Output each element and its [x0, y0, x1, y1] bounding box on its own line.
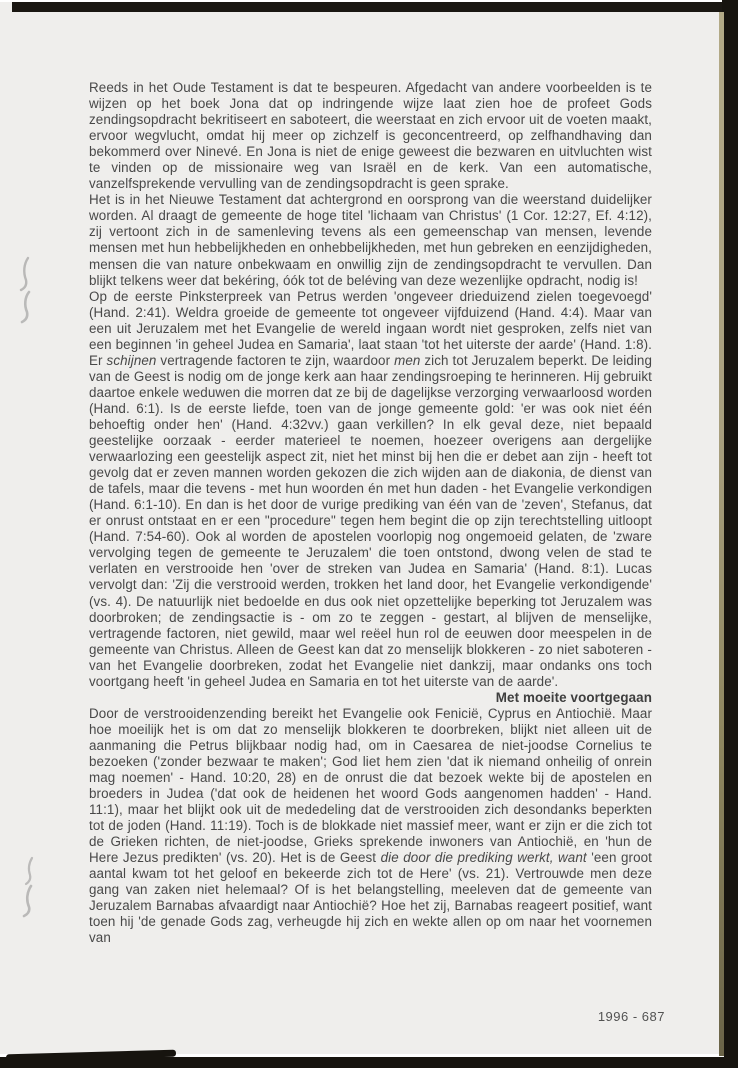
- article-body: Reeds in het Oude Testament is dat te be…: [89, 80, 652, 947]
- scan-edge-right: [724, 0, 738, 1068]
- text-run: vertragende factoren te zijn, waardoor: [156, 353, 394, 368]
- text-run: Met moeite voortgegaan: [496, 690, 652, 705]
- paragraph: Door de verstrooidenzending bereikt het …: [89, 706, 652, 947]
- binding-mark: [20, 884, 40, 918]
- paragraph: Het is in het Nieuwe Testament dat achte…: [89, 192, 652, 288]
- text-run: zich tot Jeruzalem beperkt. De leiding v…: [89, 353, 652, 689]
- section-heading: Met moeite voortgegaan: [89, 690, 652, 706]
- emphasized-text: die door die prediking werkt, want: [381, 850, 587, 865]
- binding-mark: [18, 290, 38, 324]
- binding-mark: [22, 856, 40, 886]
- scan-edge-bottom: [0, 1057, 738, 1068]
- scan-edge-top: [12, 2, 738, 12]
- book-page-lip: [719, 12, 724, 1056]
- text-run: Het is in het Nieuwe Testament dat achte…: [89, 192, 652, 287]
- text-run: Reeds in het Oude Testament is dat te be…: [89, 80, 652, 191]
- page-number: 1996 - 687: [89, 1009, 665, 1024]
- paragraph: Op de eerste Pinksterpreek van Petrus we…: [89, 289, 652, 690]
- emphasized-text: schijnen: [107, 353, 157, 368]
- binding-mark: [16, 256, 36, 292]
- emphasized-text: men: [394, 353, 420, 368]
- text-run: Door de verstrooidenzending bereikt het …: [89, 706, 652, 865]
- scanned-page: Reeds in het Oude Testament is dat te be…: [0, 0, 738, 1068]
- paragraph: Reeds in het Oude Testament is dat te be…: [89, 80, 652, 192]
